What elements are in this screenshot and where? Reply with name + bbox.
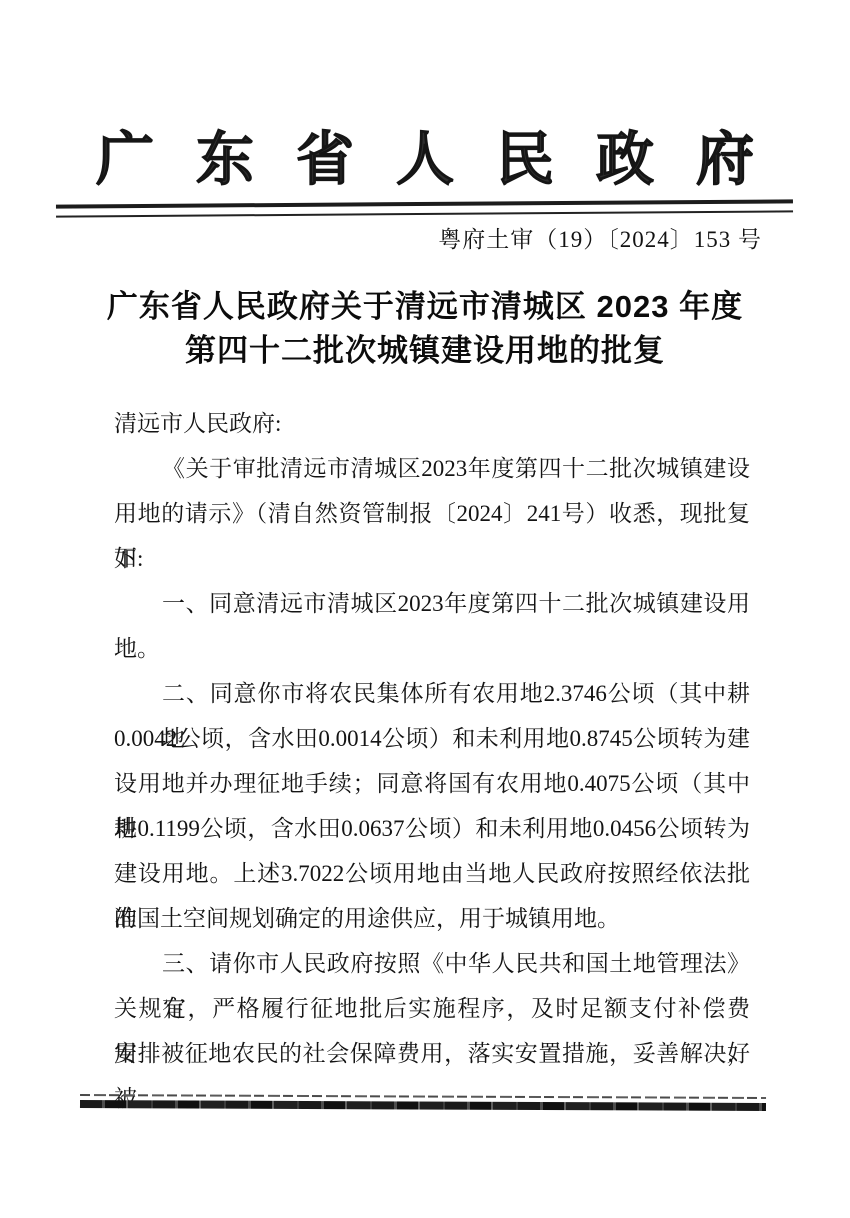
document-title-line2: 第四十二批次城镇建设用地的批复: [0, 329, 850, 373]
page-bottom-scan-line: [80, 1094, 766, 1115]
body-line: 安排被征地农民的社会保障费用，落实安置措施，妥善解决好被: [114, 1031, 750, 1076]
scan-line-thin: [80, 1094, 766, 1099]
doc-number: 粤府土审（19）〔2024〕153 号: [438, 221, 762, 254]
org-header: 广东省人民政府: [0, 112, 850, 196]
body-line: 三、请你市人民政府按照《中华人民共和国土地管理法》有: [114, 941, 750, 986]
body-line: 设用地并办理征地手续；同意将国有农用地0.4075公顷（其中耕: [114, 761, 750, 806]
body-line: 0.0042公顷，含水田0.0014公顷）和未利用地0.8745公顷转为建: [114, 716, 750, 761]
header-double-rule: [56, 199, 793, 217]
body-line: 地0.1199公顷，含水田0.0637公顷）和未利用地0.0456公顷转为: [114, 806, 750, 851]
document-body: 清远市人民政府:《关于审批清远市清城区2023年度第四十二批次城镇建设用地的请示…: [114, 401, 750, 1076]
body-line: 清远市人民政府:: [114, 401, 750, 446]
body-line: 下:: [114, 536, 750, 581]
body-line: 建设用地。上述3.7022公顷用地由当地人民政府按照经依法批准: [114, 851, 750, 896]
body-line: 的国土空间规划确定的用途供应，用于城镇用地。: [114, 896, 750, 941]
document-title: 广东省人民政府关于清远市清城区 2023 年度 第四十二批次城镇建设用地的批复: [0, 285, 850, 373]
body-line: 二、同意你市将农民集体所有农用地2.3746公顷（其中耕地: [114, 671, 750, 716]
document-title-line1: 广东省人民政府关于清远市清城区 2023 年度: [0, 285, 850, 329]
scan-line-thick: [80, 1100, 766, 1111]
body-line: 《关于审批清远市清城区2023年度第四十二批次城镇建设: [114, 446, 750, 491]
body-line: 一、同意清远市清城区2023年度第四十二批次城镇建设用: [114, 581, 750, 626]
body-line: 地。: [114, 626, 750, 671]
document-page: 广东省人民政府 粤府土审（19）〔2024〕153 号 广东省人民政府关于清远市…: [0, 0, 850, 1218]
body-line: 用地的请示》（清自然资管制报〔2024〕241号）收悉，现批复如: [114, 491, 750, 536]
body-line: 关规定，严格履行征地批后实施程序，及时足额支付补偿费用，: [114, 986, 750, 1031]
